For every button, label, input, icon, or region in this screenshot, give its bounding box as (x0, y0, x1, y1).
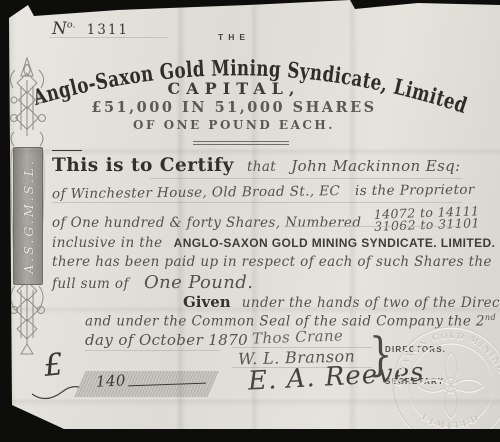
sum-amount: One Pound. (144, 272, 253, 293)
divider-line-bottom (193, 144, 289, 145)
share-numbers: 14072 to 14111 31062 to 31101 (374, 205, 480, 233)
given-row: Given under the hands of two of the Dire… (183, 292, 500, 311)
director-signature-1: Thos Crane (252, 326, 344, 347)
seal-limited-text: LIMITED (419, 412, 483, 431)
address-underline (52, 202, 462, 203)
certify-that: that (247, 159, 276, 175)
monogram-text: A.S.G.M.S.L. (21, 158, 36, 274)
date-underline (85, 350, 220, 351)
seal-center-ornament (418, 352, 484, 418)
date-line: day of October 1870 (85, 331, 248, 349)
sum-row: full sum of One Pound. (52, 272, 253, 293)
certificate-paper: A.S.G.M.S.L. No. 1311 THE Anglo-Saxon Go… (0, 0, 500, 442)
capital-shares-line: £51,000 IN 51,000 SHARES (0, 99, 468, 116)
certify-overline (52, 150, 82, 151)
svg-text:LIMITED: LIMITED (419, 412, 483, 431)
holder-name: John Mackinnon Esq: (291, 157, 460, 175)
inclusive-row: inclusive in the ANGLO-SAXON GOLD MINING… (52, 232, 500, 251)
svg-text:THE ANGLO-SAXON GOLD MINING SY: THE ANGLO-SAXON GOLD MINING SYNDICATE (388, 322, 500, 387)
address-row: of Winchester House, Old Broad St., EC i… (52, 182, 475, 202)
holder-underline (150, 178, 462, 179)
paid-line: there has been paid up in respect of eac… (52, 254, 492, 270)
address-line: of Winchester House, Old Broad St., EC (52, 183, 340, 202)
monogram-panel: A.S.G.M.S.L. (13, 147, 43, 285)
certify-heading: This is to Certify (52, 155, 234, 176)
amount-value: 140 (96, 371, 127, 391)
given-rest: under the hands of two of the Directors (242, 295, 500, 311)
seal-ring-text: THE ANGLO-SAXON GOLD MINING SYNDICATE (388, 322, 500, 387)
company-name-inline: ANGLO-SAXON GOLD MINING SYNDICATE. LIMIT… (174, 236, 496, 250)
embossed-seal: THE ANGLO-SAXON GOLD MINING SYNDICATE LI… (388, 322, 500, 442)
given-heading: Given (183, 293, 231, 311)
shares-row: of One hundred & forty Shares, Numbered … (52, 207, 480, 231)
divider-line-top (193, 141, 289, 142)
capital-heading: CAPITAL, (0, 79, 468, 98)
share-numbers-bottom: 31062 to 31101 (374, 217, 480, 233)
certify-row: This is to Certify that John Mackinnon E… (52, 155, 461, 176)
seal-clause-sup: nd (485, 312, 496, 322)
inclusive-pre: inclusive in the (52, 235, 163, 251)
proprietor-text: is the Proprietor (355, 182, 475, 199)
numbers-underline (285, 226, 462, 227)
sum-pre: full sum of (52, 276, 129, 292)
shares-line: of One hundred & forty Shares, Numbered (52, 215, 361, 231)
number-prefix-sup: o. (67, 20, 76, 31)
capital-pound-line: OF ONE POUND EACH. (0, 118, 468, 132)
